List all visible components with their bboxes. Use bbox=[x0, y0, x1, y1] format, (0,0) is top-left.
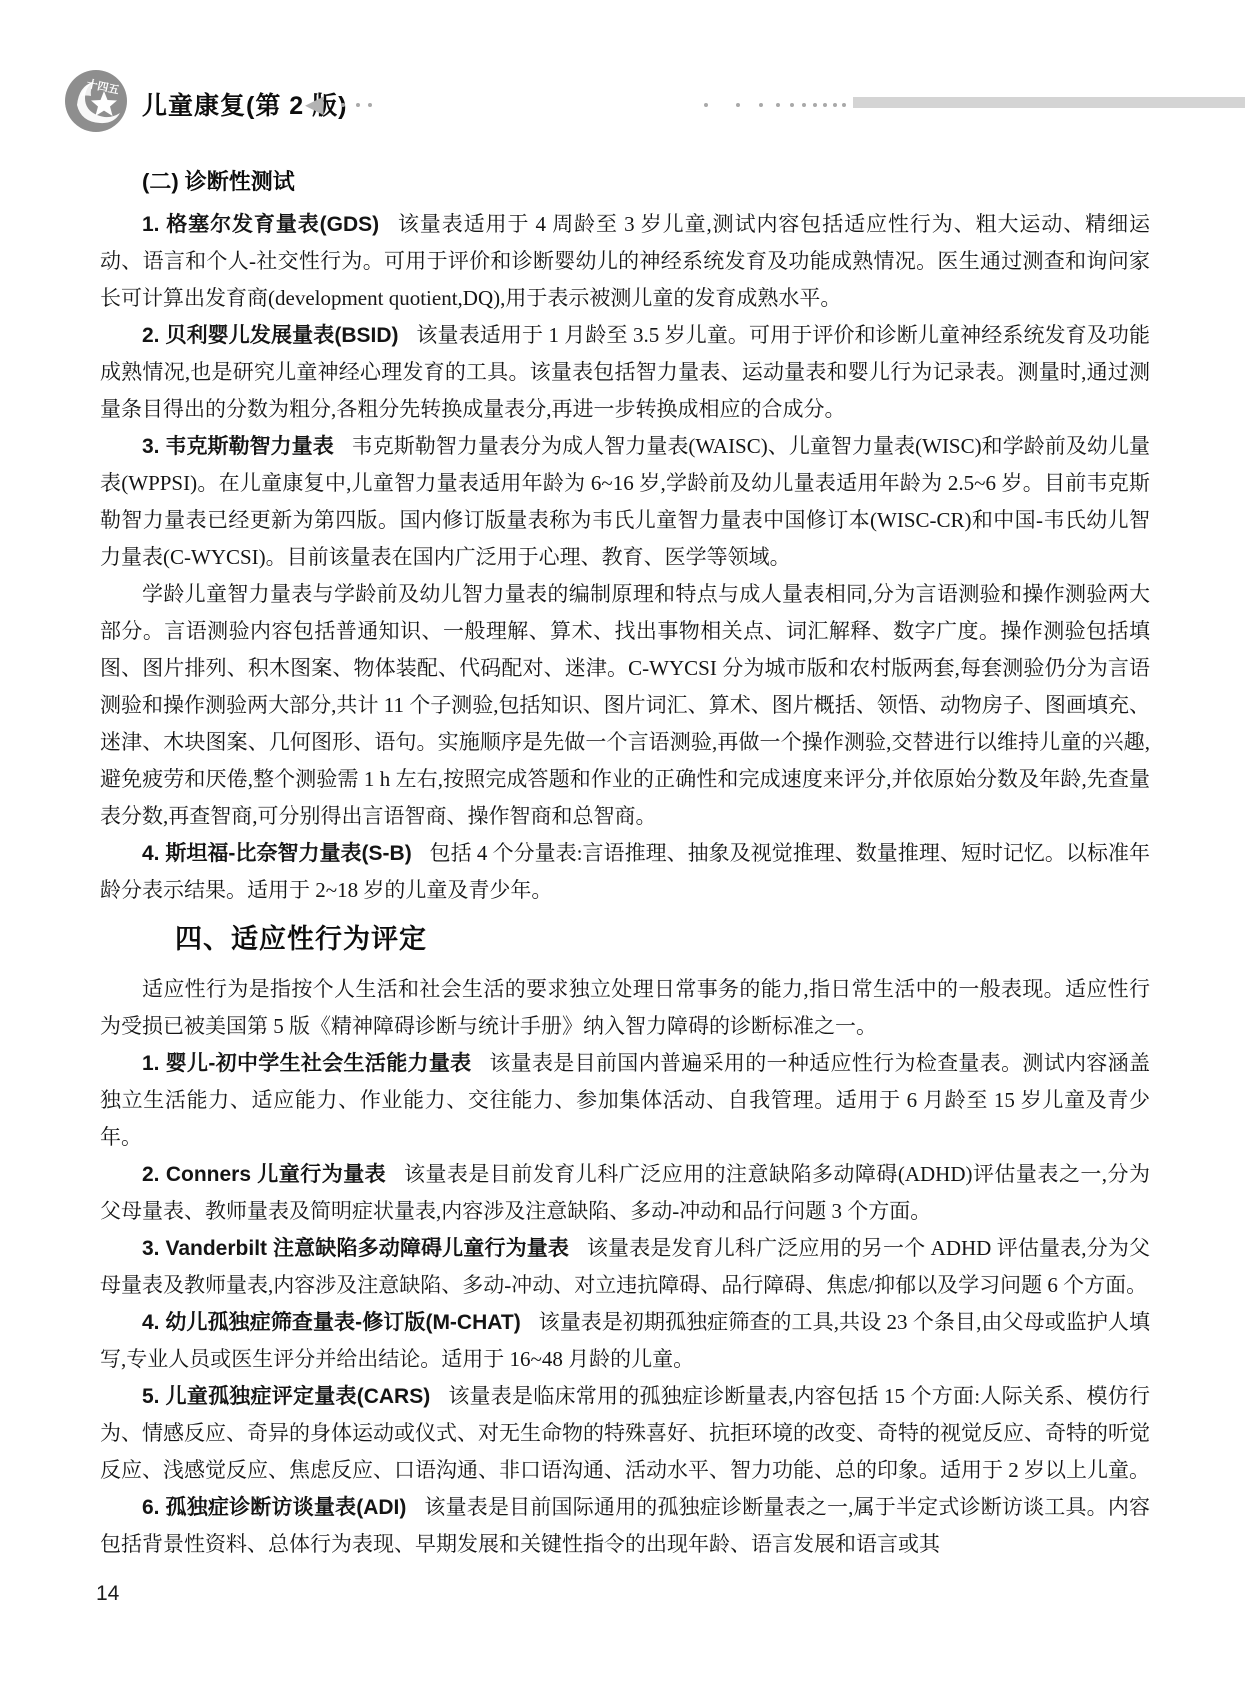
paragraph-lead: 2. Conners 儿童行为量表 bbox=[142, 1163, 386, 1186]
paragraph: 4. 幼儿孤独症筛查量表-修订版(M-CHAT)该量表是初期孤独症筛查的工具,共… bbox=[100, 1304, 1150, 1378]
header-rule-bar bbox=[853, 97, 1245, 108]
paragraph: 2. 贝利婴儿发展量表(BSID)该量表适用于 1 月龄至 3.5 岁儿童。可用… bbox=[100, 317, 1150, 428]
paragraph: 3. Vanderbilt 注意缺陷多动障碍儿童行为量表该量表是发育儿科广泛应用… bbox=[100, 1230, 1150, 1304]
paragraph-lead: 3. 韦克斯勒智力量表 bbox=[142, 435, 334, 458]
paragraph-lead: 1. 格塞尔发育量表(GDS) bbox=[142, 213, 379, 236]
subsection-heading: (二) 诊断性测试 bbox=[100, 166, 1150, 198]
paragraph-lead: 6. 孤独症诊断访谈量表(ADI) bbox=[142, 1496, 406, 1519]
paragraph-lead: 1. 婴儿-初中学生社会生活能力量表 bbox=[142, 1052, 472, 1075]
paragraph-lead: 4. 斯坦福-比奈智力量表(S-B) bbox=[142, 842, 412, 865]
paragraph: 1. 格塞尔发育量表(GDS)该量表适用于 4 周龄至 3 岁儿童,测试内容包括… bbox=[100, 206, 1150, 317]
paragraph-text: 学龄儿童智力量表与学龄前及幼儿智力量表的编制原理和特点与成人量表相同,分为言语测… bbox=[100, 582, 1150, 828]
paragraph-lead: 2. 贝利婴儿发展量表(BSID) bbox=[142, 324, 398, 347]
paragraph-text: 适应性行为是指按个人生活和社会生活的要求独立处理日常事务的能力,指日常生活中的一… bbox=[100, 977, 1150, 1038]
paragraph-lead: 5. 儿童孤独症评定量表(CARS) bbox=[142, 1385, 430, 1408]
paragraph: 学龄儿童智力量表与学龄前及幼儿智力量表的编制原理和特点与成人量表相同,分为言语测… bbox=[100, 576, 1150, 835]
paragraph: 3. 韦克斯勒智力量表韦克斯勒智力量表分为成人智力量表(WAISC)、儿童智力量… bbox=[100, 428, 1150, 576]
brand-logo-icon: 十四五 bbox=[64, 69, 128, 133]
paragraph-lead: 3. Vanderbilt 注意缺陷多动障碍儿童行为量表 bbox=[142, 1237, 569, 1260]
back-arrow-icon: ◀ bbox=[305, 92, 323, 116]
paragraph: 2. Conners 儿童行为量表该量表是目前发育儿科广泛应用的注意缺陷多动障碍… bbox=[100, 1156, 1150, 1230]
page-header: 十四五 儿童康复(第 2 版) ◀ bbox=[0, 0, 1245, 140]
paragraph: 1. 婴儿-初中学生社会生活能力量表该量表是目前国内普遍采用的一种适应性行为检查… bbox=[100, 1045, 1150, 1156]
paragraph: 4. 斯坦福-比奈智力量表(S-B)包括 4 个分量表:言语推理、抽象及视觉推理… bbox=[100, 835, 1150, 909]
paragraph-lead: 4. 幼儿孤独症筛查量表-修订版(M-CHAT) bbox=[142, 1311, 521, 1334]
paragraph: 适应性行为是指按个人生活和社会生活的要求独立处理日常事务的能力,指日常生活中的一… bbox=[100, 971, 1150, 1045]
page-body: (二) 诊断性测试 1. 格塞尔发育量表(GDS)该量表适用于 4 周龄至 3 … bbox=[100, 166, 1150, 1563]
paragraph: 6. 孤独症诊断访谈量表(ADI)该量表是目前国际通用的孤独症诊断量表之一,属于… bbox=[100, 1489, 1150, 1563]
page-number: 14 bbox=[96, 1582, 119, 1606]
paragraph: 5. 儿童孤独症评定量表(CARS)该量表是临床常用的孤独症诊断量表,内容包括 … bbox=[100, 1378, 1150, 1489]
section-heading: 四、适应性行为评定 bbox=[100, 919, 1150, 959]
